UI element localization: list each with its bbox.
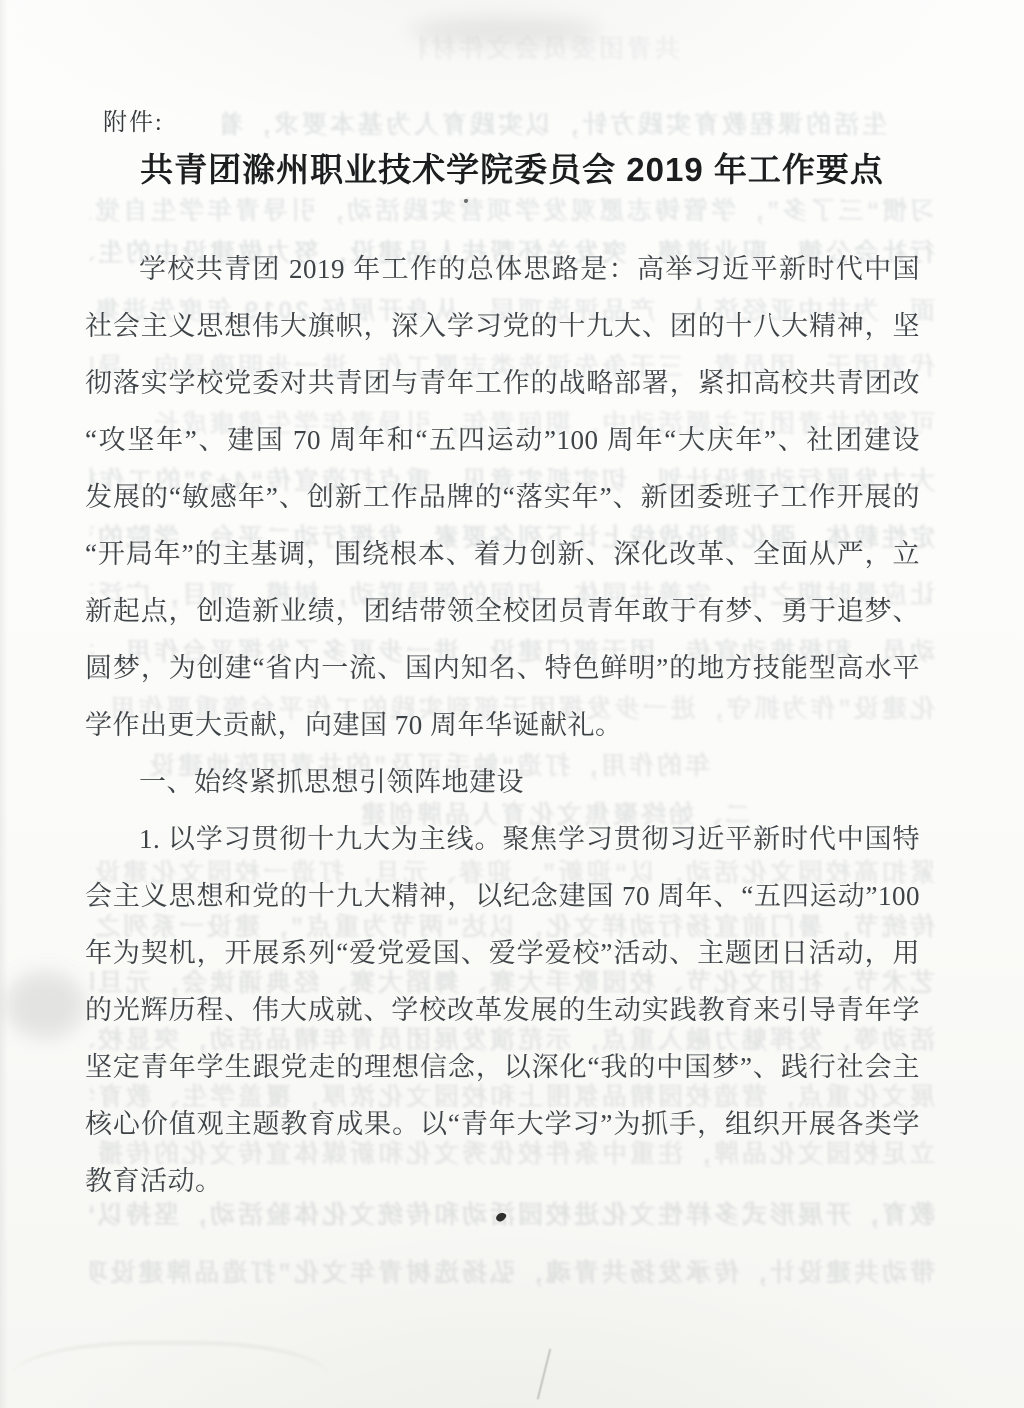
bleedthrough-line: 教育，开展形式多样性文化进校园活动和传统文化体验活动，坚持以“党建 (90, 1200, 935, 1230)
scratch-artifact (537, 1349, 552, 1400)
body-line: 一、始终紧抓思想引领阵地建设 (139, 765, 524, 799)
body-line: 新起点，创造新业绩，团结带领全校团员青年敢于有梦、勇于追梦、勤于 (85, 594, 920, 628)
body-line: 核心价值观主题教育成果。以“青年大学习”为抓手，组织开展各类学习 (85, 1107, 920, 1141)
scan-edge-shading (0, 0, 8, 1408)
body-line: 学作出更大贡献，向建国 70 周年华诞献礼。 (85, 708, 623, 742)
scan-smudge-top (410, 18, 600, 44)
body-line: 社会主义思想伟大旗帜，深入学习党的十九大、团的十八大精神，坚决贯 (85, 309, 920, 343)
attachment-label: 附件: (103, 102, 164, 137)
scan-smudge-left (6, 972, 84, 1038)
body-line: “开局年”的主基调，围绕根本、着力创新、深化改革、全面从严，立足 (85, 537, 920, 571)
body-line: 圆梦，为创建“省内一流、国内知名、特色鲜明”的地方技能型高水平大 (85, 651, 920, 685)
body-line: 1. 以学习贯彻十九大为主线。聚焦学习贯彻习近平新时代中国特色社 (139, 822, 920, 856)
ink-speck-artifact (495, 1211, 507, 1224)
bleedthrough-line: 生活的课程教育实践方针，以实践育人为基本要求，着力发挥 (222, 110, 887, 140)
body-line: “攻坚年”、建国 70 周年和“五四运动”100 周年“大庆年”、社团建设 (85, 423, 920, 457)
ink-dot-artifact (464, 199, 468, 203)
bleedthrough-line: 带动共建设计，传承发扬共青魂，弘扬选树青年文化”打造品牌建设项目，坚持 (90, 1258, 935, 1288)
body-line: 的光辉历程、伟大成就、学校改革发展的生动实践教育来引导青年学生， (85, 993, 920, 1027)
bleedthrough-line: 习惯“三了多”，学管铸志愿观发学项营实践活动，引导青年学生自觉践 (90, 196, 935, 226)
body-line: 年为契机，开展系列“爱党爱国、爱学爱校”活动、主题团日活动，用党 (85, 936, 920, 970)
document-title: 共青团滁州职业技术学院委员会 2019 年工作要点 (0, 144, 1024, 191)
body-line: 会主义思想和党的十九大精神，以纪念建国 70 周年、“五四运动”100 周 (85, 879, 920, 913)
body-line: 发展的“敏感年”、创新工作品牌的“落实年”、新团委班子工作开展的 (85, 480, 920, 514)
body-line: 教育活动。 (85, 1164, 223, 1198)
body-line: 坚定青年学生跟党走的理想信念，以深化“我的中国梦”、践行社会主义 (85, 1050, 920, 1084)
body-line: 彻落实学校党委对共青团与青年工作的战略部署，紧扣高校共青团改革 (85, 366, 920, 400)
scanned-document-page: 生活的课程教育实践方针，以实践育人为基本要求，着力发挥习惯“三了多”，学管铸志愿… (0, 0, 1024, 1408)
body-line: 学校共青团 2019 年工作的总体思路是：高举习近平新时代中国特色 (139, 252, 920, 286)
paper-crease (10, 1342, 330, 1408)
